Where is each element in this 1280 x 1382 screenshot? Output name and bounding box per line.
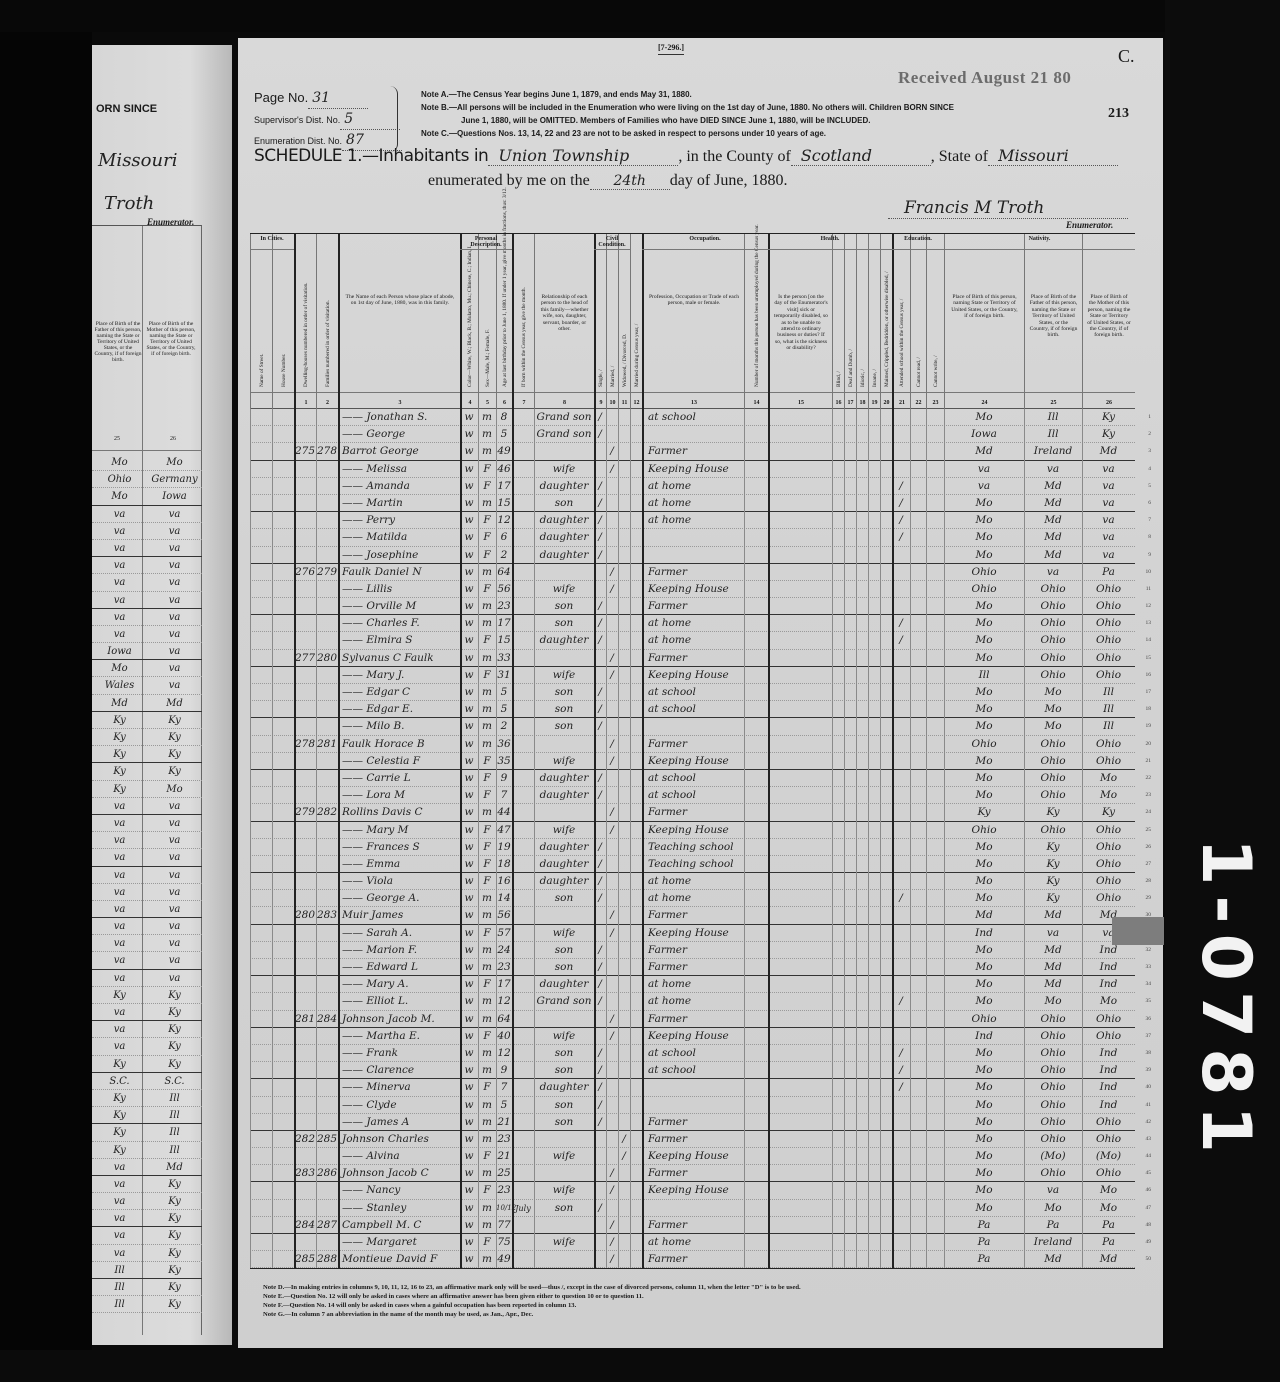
father-birthplace-value: va [92,935,147,951]
occupation-value: Keeping House [648,1148,744,1165]
mother-birthplace-value: Ohio [1082,736,1135,753]
married-mark: / [606,667,618,684]
family-number [316,1200,338,1217]
row-number: 28 [1146,873,1152,890]
mother-birthplace-value: va [147,506,202,522]
birthplace-value: Mo [944,718,1024,735]
birthplace-value: Pa [944,1217,1024,1234]
occupation-value: Farmer [648,1131,744,1148]
attended-school-mark [892,564,910,581]
row-number: 40 [1146,1079,1152,1096]
birthplace-value: Md [944,907,1024,924]
column-header-c22: Cannot read, /22 [910,234,926,409]
person-name: —— Matilda [342,529,460,546]
column-number: 18 [857,400,868,406]
left-page-row: vaKy [92,1227,202,1244]
left-page-row: vava [92,592,202,609]
column-rule [844,409,845,1268]
color-value: w [460,1182,478,1199]
column-number: 26 [1083,400,1135,406]
father-birthplace-value: Ohio [1024,1165,1082,1182]
birthplace-value: Ky [944,804,1024,821]
sex-value: F [478,976,496,993]
row-number: 49 [1146,1234,1152,1251]
row-number: 50 [1146,1251,1152,1268]
relationship-value: wife [534,1148,594,1165]
married-mark: / [606,1165,618,1182]
left-page-row: IllKy [92,1279,202,1296]
table-row: —— Edgar Cwm5son/at schoolMoMoIll17 [250,684,1135,701]
column-rule [1024,409,1025,1268]
mother-birthplace-value: va [147,540,202,556]
age-value: 46 [496,461,512,478]
birth-month-value: July [512,1200,534,1217]
occupation-value: Keeping House [648,1182,744,1199]
dwelling-number [294,495,316,512]
relationship-value: daughter [534,512,594,529]
mother-birthplace-value: Ill [147,1124,202,1140]
birth-month-value [512,822,534,839]
sex-value: F [478,925,496,942]
occupation-value: Keeping House [648,667,744,684]
family-number [316,461,338,478]
occupation-value: Keeping House [648,822,744,839]
family-number [316,1079,338,1096]
age-value: 23 [496,959,512,976]
mother-birthplace-value: va [1082,512,1135,529]
row-number: 2 [1148,426,1151,443]
column-header-c25: Place of Birth of the Father of this per… [1024,234,1082,409]
sex-value: m [478,736,496,753]
left-page-row: vaKy [92,1004,202,1021]
left-page-row: vaKy [92,1038,202,1055]
age-value: 33 [496,650,512,667]
column-26-header: Place of Birth of the Mother of this per… [145,321,197,357]
birth-month-value [512,409,534,426]
color-value: w [460,443,478,460]
color-value: w [460,993,478,1010]
person-name: —— James A [342,1114,460,1131]
father-birthplace-value: va [1024,1182,1082,1199]
attended-school-mark [892,753,910,770]
widowed-mark [618,701,630,718]
column-header-text: If born within the Census year, give the… [521,287,527,387]
column-number-rule [631,392,642,393]
dwelling-number [294,787,316,804]
father-birthplace-value: Ohio [1024,598,1082,615]
widowed-mark: / [618,1148,630,1165]
relationship-value: son [534,495,594,512]
person-name: —— Martha E. [342,1028,460,1045]
married-mark [606,976,618,993]
table-row: 282285Johnson Charleswm23/FarmerMoOhioOh… [250,1131,1135,1148]
column-number-rule [462,392,478,393]
father-birthplace-value: va [92,1210,147,1226]
row-number: 5 [1148,478,1151,495]
color-value: w [460,942,478,959]
birth-month-value [512,461,534,478]
widowed-mark [618,615,630,632]
color-value: w [460,667,478,684]
column-rule [618,409,619,1268]
birthplace-value: Mo [944,1148,1024,1165]
attended-school-mark [892,598,910,615]
attended-school-mark: / [892,1062,910,1079]
sex-value: m [478,1045,496,1062]
person-name: —— Celestia F [342,753,460,770]
attended-school-mark [892,1028,910,1045]
father-birthplace-value: va [92,867,147,883]
table-row: —— Clydewm5son/MoOhioInd41 [250,1097,1135,1114]
mother-birthplace-value: Ohio [1082,650,1135,667]
married-mark [606,701,618,718]
married-mark [606,856,618,873]
table-row: —— Edgar E.wm5son/at schoolMoMoIll18 [250,701,1135,718]
sex-value: m [478,598,496,615]
row-number: 20 [1146,736,1152,753]
relationship-value: Grand son [534,993,594,1010]
received-stamp: Received August 21 80 [898,68,1071,88]
father-birthplace-value: Ky [92,1107,147,1123]
left-page-row: Mova [92,660,202,677]
mother-birthplace-value: Ky [147,712,202,728]
birth-month-value [512,1045,534,1062]
sex-value: F [478,856,496,873]
birthplace-value: Ohio [944,736,1024,753]
father-birthplace-value: Ohio [1024,632,1082,649]
person-name: Sylvanus C Faulk [342,650,460,667]
relationship-value: wife [534,1234,594,1251]
person-name: —— Marion F. [342,942,460,959]
table-row: —— MelissawF46wife/Keeping Housevavava4 [250,461,1135,478]
person-name: —— Perry [342,512,460,529]
widowed-mark [618,684,630,701]
sex-value: m [478,1217,496,1234]
dwelling-number [294,770,316,787]
color-value: w [460,529,478,546]
enumerator-label: Enumerator. [1066,220,1113,230]
occupation-value: at home [648,993,744,1010]
dwelling-number: 276 [294,564,316,581]
occupation-value: at school [648,770,744,787]
column-number-rule [497,392,512,393]
mother-birthplace-value: Ky [147,763,202,779]
family-number: 278 [316,443,338,460]
birth-month-value [512,512,534,529]
mother-birthplace-value: Md [147,695,202,711]
color-value: w [460,1131,478,1148]
mother-birthplace-value: Ohio [1082,667,1135,684]
color-value: w [460,856,478,873]
row-number: 36 [1146,1011,1152,1028]
widowed-mark [618,1182,630,1199]
father-birthplace-value: Md [1024,529,1082,546]
widowed-mark [618,890,630,907]
microfilm-left-border [0,0,92,1382]
attended-school-mark [892,1165,910,1182]
married-mark: / [606,564,618,581]
brace-decoration [388,86,398,152]
microfilm-top-border [0,0,1280,32]
married-mark [606,478,618,495]
occupation-value: Farmer [648,564,744,581]
father-birthplace-value: Ky [92,729,147,745]
attended-school-mark: / [892,495,910,512]
column-number-rule [514,392,534,393]
sex-value: F [478,461,496,478]
sex-value: m [478,701,496,718]
column-number-rule [607,392,618,393]
relationship-value: daughter [534,547,594,564]
sex-value: F [478,822,496,839]
widowed-mark [618,959,630,976]
mother-birthplace-value: Ohio [1082,1011,1135,1028]
person-name: Montieue David F [342,1251,460,1268]
occupation-value: Farmer [648,1114,744,1131]
column-header-text: Color—White, W.; Black, B.; Mulatto, Mu.… [467,245,473,387]
widowed-mark [618,718,630,735]
age-value: 16 [496,873,512,890]
person-name: —— Alvina [342,1148,460,1165]
married-mark [606,718,618,735]
father-birthplace-value: va [92,798,147,814]
county-label: , in the County of [678,148,790,166]
mother-birthplace-value: Ohio [1082,753,1135,770]
family-number: 279 [316,564,338,581]
attended-school-mark [892,461,910,478]
left-page-row: vaKy [92,1210,202,1227]
row-number: 11 [1146,581,1151,598]
age-value: 17 [496,976,512,993]
mother-birthplace-value: Ky [147,1227,202,1243]
column-header-text: Single, / [598,369,604,387]
mother-birthplace-value: Ill [1082,718,1135,735]
family-number [316,993,338,1010]
birthplace-value: Ind [944,1028,1024,1045]
row-number: 12 [1146,598,1152,615]
dwelling-number [294,409,316,426]
relationship-value: Grand son [534,409,594,426]
relationship-value: daughter [534,770,594,787]
age-value: 18 [496,856,512,873]
married-mark: / [606,907,618,924]
occupation-value: Farmer [648,907,744,924]
father-birthplace-value: Mo [92,488,147,504]
relationship-value [534,1251,594,1268]
father-birthplace-value: va [1024,925,1082,942]
attended-school-mark: / [892,615,910,632]
family-number: 280 [316,650,338,667]
person-name: Johnson Charles [342,1131,460,1148]
column-header-c20: Maimed, Crippled, Bedridden, or otherwis… [880,234,892,409]
column-number-rule [833,392,844,393]
person-name: Johnson Jacob M. [342,1011,460,1028]
widowed-mark [618,1200,630,1217]
table-row: —— EmmawF18daughter/Teaching schoolMoKyO… [250,856,1135,873]
sex-value: m [478,804,496,821]
birth-month-value [512,1062,534,1079]
birth-month-value [512,564,534,581]
age-value: 40 [496,1028,512,1045]
widowed-mark [618,736,630,753]
age-value: 5 [496,426,512,443]
sex-value: m [478,718,496,735]
color-value: w [460,1217,478,1234]
birth-month-value [512,925,534,942]
family-number [316,753,338,770]
person-name: —— Stanley [342,1200,460,1217]
table-row: —— Celestia FwF35wife/Keeping HouseMoOhi… [250,753,1135,770]
father-birthplace-value: Mo [92,454,147,470]
attended-school-mark [892,443,910,460]
row-number: 38 [1146,1045,1152,1062]
color-value: w [460,632,478,649]
widowed-mark [618,1045,630,1062]
microfilm-bottom-border [0,1350,1280,1382]
married-mark: / [606,1217,618,1234]
dwelling-number [294,1097,316,1114]
widowed-mark [618,942,630,959]
sex-value: F [478,478,496,495]
column-header-c2: Families numbered in order of visitation… [316,234,338,409]
birthplace-value: Ohio [944,564,1024,581]
sex-value: m [478,959,496,976]
birth-month-value [512,667,534,684]
married-mark: / [606,461,618,478]
column-number: 22 [911,400,926,406]
sex-value: m [478,1097,496,1114]
table-row: —— Milo B.wm2son/MoMoIll19 [250,718,1135,735]
age-value: 21 [496,1148,512,1165]
note-b-continued: June 1, 1880, will be OMITTED. Members o… [421,114,1111,127]
father-birthplace-value: Ohio [1024,1097,1082,1114]
mother-birthplace-value: Germany [147,471,202,487]
father-birthplace-value: Ohio [1024,650,1082,667]
column-number-rule [340,392,460,393]
age-value: 23 [496,1182,512,1199]
married-mark: / [606,1011,618,1028]
attended-school-mark [892,1131,910,1148]
age-value: 31 [496,667,512,684]
column-header-c15: Is the person [on the day of the Enumera… [768,234,832,409]
color-value: w [460,770,478,787]
color-value: w [460,1028,478,1045]
dwelling-number [294,529,316,546]
column-number-rule [273,392,294,393]
occupation-value: Farmer [648,942,744,959]
mother-birthplace-value: va [147,901,202,917]
left-page-rows: MoMoOhioGermanyMoIowavavavavavavavavavav… [92,454,202,1313]
age-value: 23 [496,598,512,615]
widowed-mark [618,495,630,512]
person-name: —— Josephine [342,547,460,564]
married-mark: / [606,804,618,821]
occupation-value: Farmer [648,443,744,460]
mother-birthplace-value: Mo [1082,770,1135,787]
sex-value: F [478,667,496,684]
dwelling-number [294,839,316,856]
mother-birthplace-value: Ky [147,746,202,762]
table-row: —— Martha E.wF40wife/Keeping HouseIndOhi… [250,1028,1135,1045]
column-rule [910,409,911,1268]
dwelling-number: 279 [294,804,316,821]
column-number-rule [945,392,1024,393]
column-rule [338,409,340,1268]
occupation-value: Farmer [648,1217,744,1234]
widowed-mark [618,426,630,443]
column-number-rule [251,392,272,393]
supervisor-dist-field: Supervisor's Dist. No. 5 [254,109,402,130]
attended-school-mark: / [892,993,910,1010]
birth-month-value [512,478,534,495]
father-birthplace-value: Ky [92,763,147,779]
father-birthplace-value: Ireland [1024,443,1082,460]
column-header-text: Families numbered in order of visitation… [325,300,331,387]
birth-month-value [512,615,534,632]
occupation-value: Teaching school [648,839,744,856]
birth-month-value [512,907,534,924]
father-birthplace-value: va [92,506,147,522]
person-name: Barrot George [342,443,460,460]
mother-birthplace-value: Ky [147,1004,202,1020]
row-number: 26 [1146,839,1152,856]
birthplace-value: Mo [944,650,1024,667]
age-value: 23 [496,1131,512,1148]
row-number: 10 [1146,564,1152,581]
family-number [316,839,338,856]
birth-month-value [512,495,534,512]
group-personal-description: Personal Description. [460,236,512,250]
table-row: —— Martinwm15son/at home/MoMdva6 [250,495,1135,512]
birth-month-value [512,598,534,615]
person-name: —— Charles F. [342,615,460,632]
relationship-value [534,804,594,821]
relationship-value: son [534,615,594,632]
father-birthplace-value: va [92,952,147,968]
relationship-value: wife [534,822,594,839]
father-birthplace-value: Wales [92,677,147,693]
color-value: w [460,804,478,821]
mother-birthplace-value: Ky [147,1193,202,1209]
table-row: —— Clarencewm9son/at school/MoOhioInd39 [250,1062,1135,1079]
family-number [316,426,338,443]
birthplace-value: Mo [944,1062,1024,1079]
group-nativity: Nativity. [944,236,1135,250]
age-value: 8 [496,409,512,426]
attended-school-mark: / [892,1045,910,1062]
mother-birthplace-value: Ohio [1082,1165,1135,1182]
widowed-mark [618,581,630,598]
relationship-value: son [534,1114,594,1131]
sex-value: F [478,547,496,564]
mother-birthplace-value: Ky [147,1262,202,1278]
relationship-value [534,736,594,753]
mother-birthplace-value: Ky [147,729,202,745]
relationship-value: daughter [534,873,594,890]
occupation-value: at school [648,1045,744,1062]
row-number: 25 [1146,822,1152,839]
age-value: 5 [496,684,512,701]
birth-month-value [512,890,534,907]
left-page-row: vava [92,849,202,866]
person-name: —— Orville M [342,598,460,615]
mother-birthplace-value: Ky [147,1210,202,1226]
person-name: —— Nancy [342,1182,460,1199]
attended-school-mark [892,1114,910,1131]
age-value: 2 [496,547,512,564]
sex-value: F [478,1182,496,1199]
column-number: 17 [845,400,856,406]
